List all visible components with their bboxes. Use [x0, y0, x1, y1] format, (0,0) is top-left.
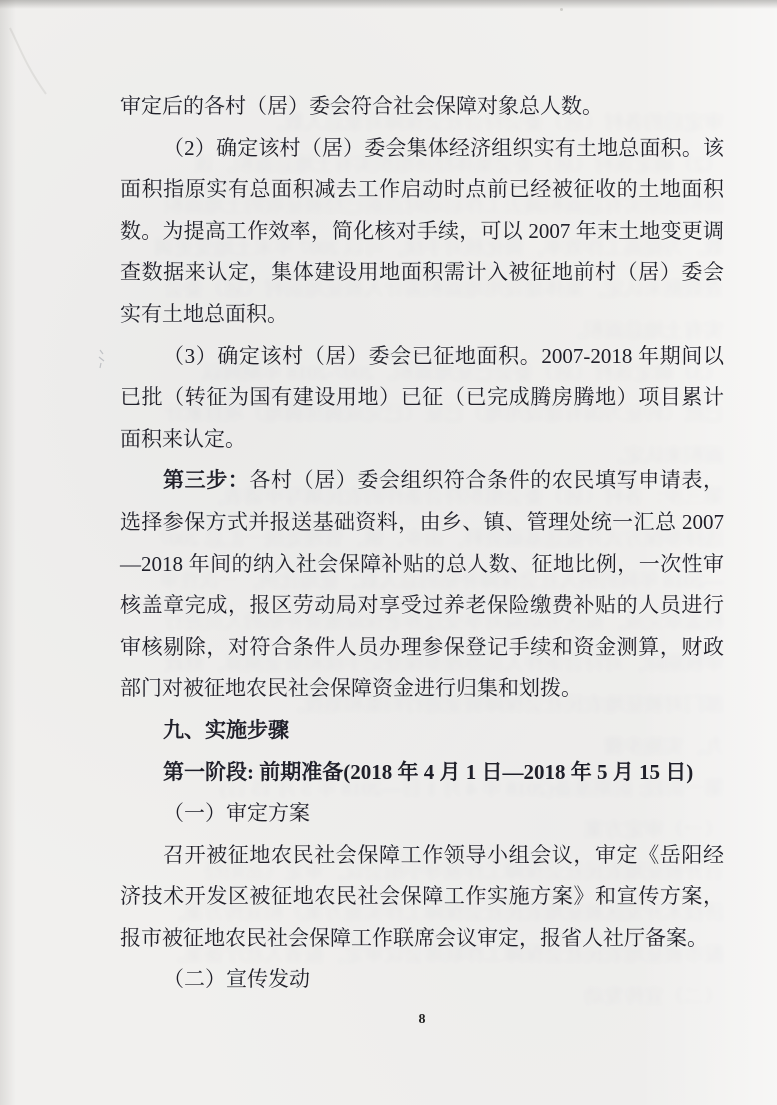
- text-line: （二）宣传发动: [120, 959, 724, 1001]
- text-line: 数。为提高工作效率，简化核对手续，可以 2007 年末土地变更调: [120, 211, 724, 253]
- step-label: 第三步：: [163, 468, 249, 492]
- scan-scratch: [6, 26, 52, 96]
- text-line: （一）审定方案: [120, 793, 724, 835]
- text-line: 审核剔除，对符合条件人员办理参保登记手续和资金测算，财政: [120, 627, 724, 669]
- text-line: 核盖章完成，报区劳动局对享受过养老保险缴费补贴的人员进行: [120, 585, 724, 627]
- text-line: 济技术开发区被征地农民社会保障工作实施方案》和宣传方案，: [120, 876, 724, 918]
- text-line: （2）确定该村（居）委会集体经济组织实有土地总面积。该: [120, 128, 724, 170]
- page-number: 8: [120, 1012, 724, 1028]
- document-page: 审定后的各村（居）委会符合社会保障对象总人数。（2）确定该村（居）委会集体经济组…: [0, 0, 777, 1105]
- text-line: 面积来认定。: [120, 419, 724, 461]
- text-line: 召开被征地农民社会保障工作领导小组会议，审定《岳阳经: [120, 835, 724, 877]
- text-line: 审定后的各村（居）委会符合社会保障对象总人数。: [120, 86, 724, 128]
- text-line: 选择参保方式并报送基础资料，由乡、镇、管理处统一汇总 2007: [120, 502, 724, 544]
- text-line: 第一阶段: 前期准备(2018 年 4 月 1 日—2018 年 5 月 15 …: [120, 752, 724, 794]
- scan-speck: [560, 8, 563, 11]
- text-line: 部门对被征地农民社会保障资金进行归集和划拨。: [120, 668, 724, 710]
- document-body: 审定后的各村（居）委会符合社会保障对象总人数。（2）确定该村（居）委会集体经济组…: [120, 86, 724, 1001]
- text-line: （3）确定该村（居）委会已征地面积。2007-2018 年期间以: [120, 336, 724, 378]
- text-line: 报市被征地农民社会保障工作联席会议审定，报省人社厅备案。: [120, 918, 724, 960]
- text-line: —2018 年间的纳入社会保障补贴的总人数、征地比例，一次性审: [120, 544, 724, 586]
- text-line: 九、实施步骤: [120, 710, 724, 752]
- pencil-mark: [94, 348, 110, 370]
- text-line: 第三步：各村（居）委会组织符合条件的农民填写申请表，: [120, 460, 724, 502]
- text-line: 实有土地总面积。: [120, 294, 724, 336]
- text-line: 查数据来认定，集体建设用地面积需计入被征地前村（居）委会: [120, 252, 724, 294]
- text-line: 面积指原实有总面积减去工作启动时点前已经被征收的土地面积: [120, 169, 724, 211]
- text-line: 已批（转征为国有建设用地）已征（已完成腾房腾地）项目累计: [120, 377, 724, 419]
